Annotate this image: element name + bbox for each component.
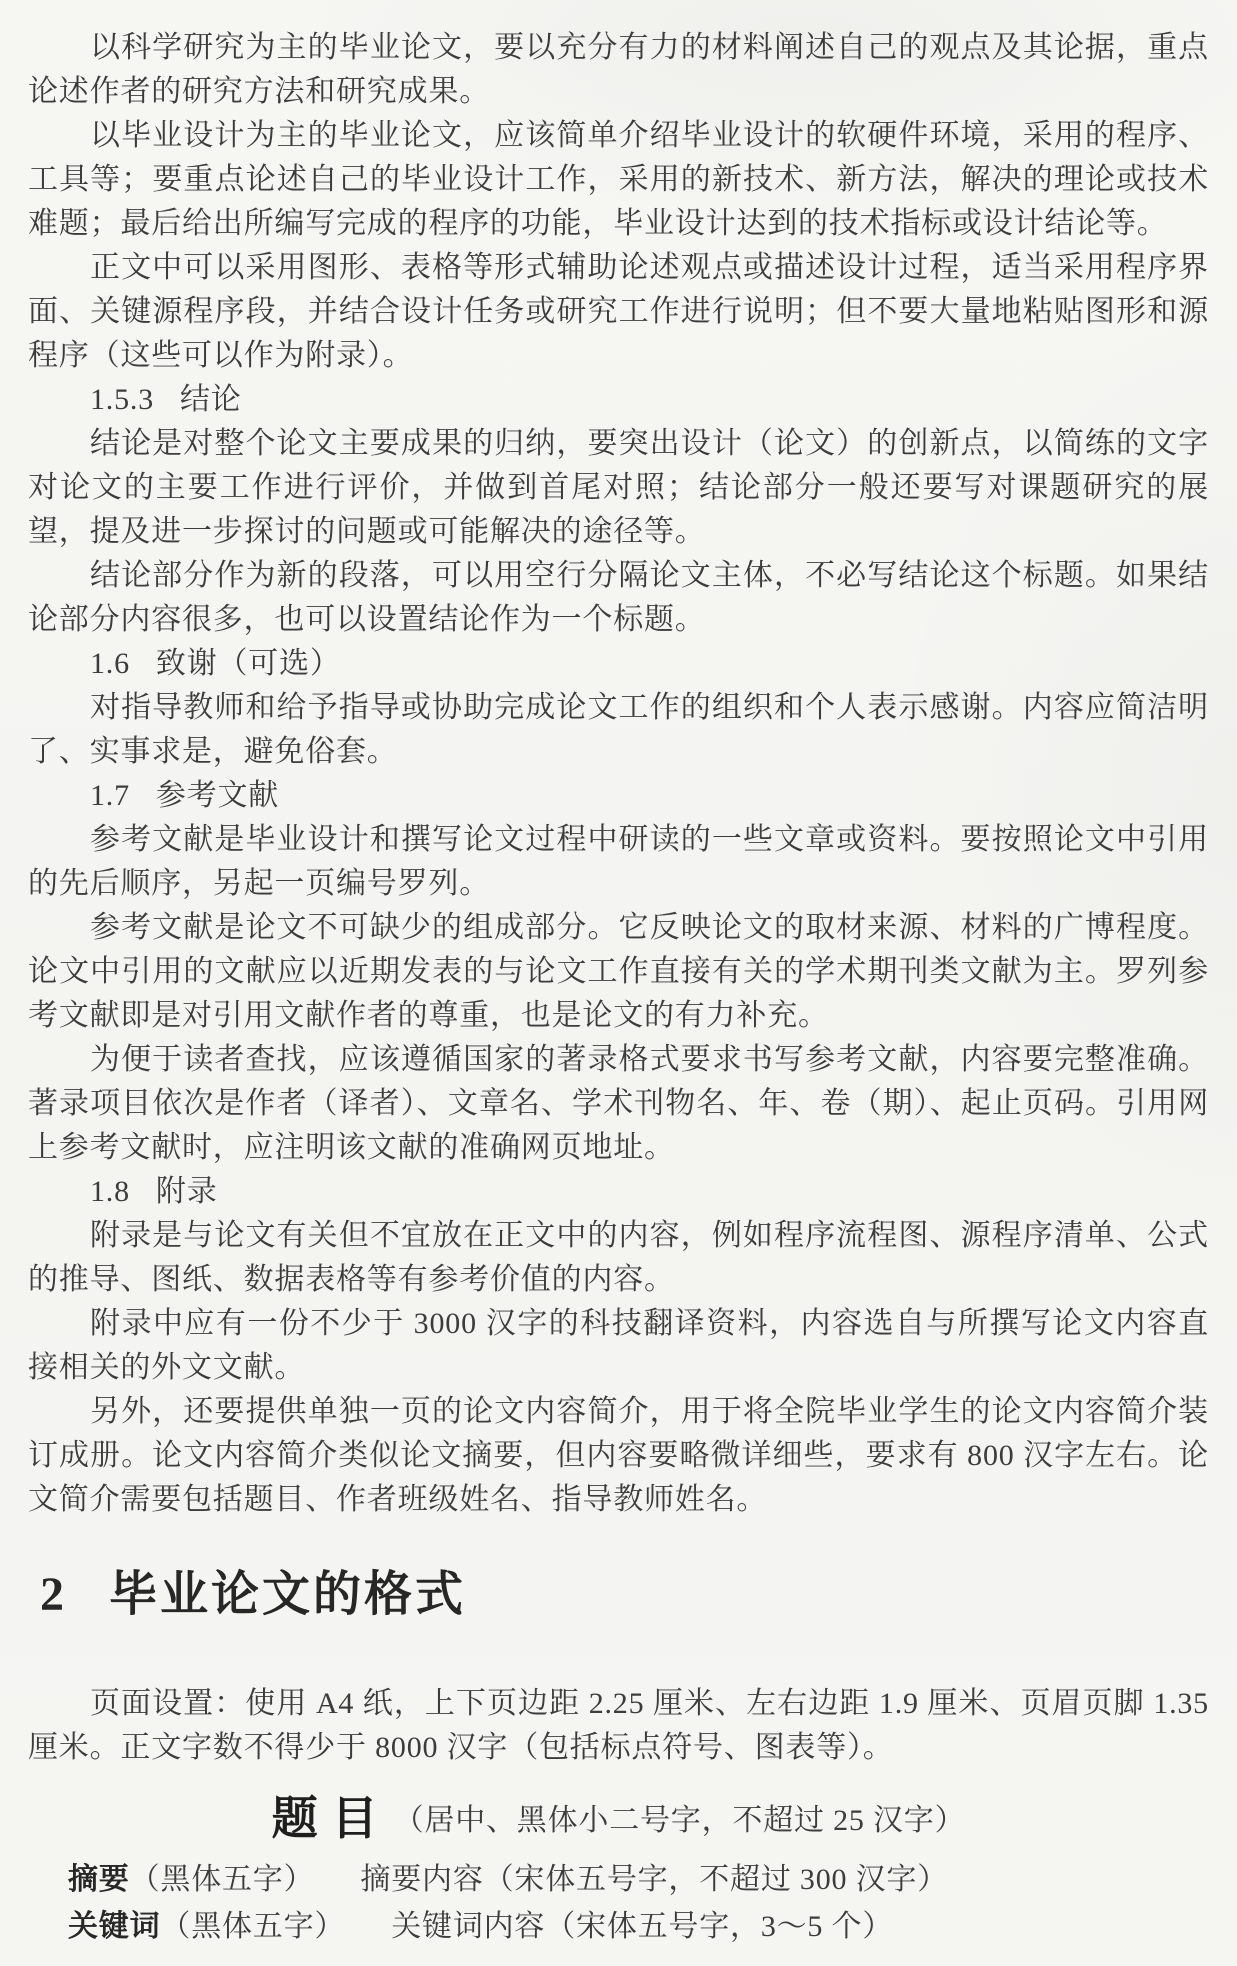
chapter-title: 毕业论文的格式 [109,1568,466,1621]
section-heading-acknowledgement: 1.6致谢（可选） [28,642,1209,686]
demo-title-text: 题目 [272,1792,392,1844]
keywords-spec-line: 关键词（黑体五字）关键词内容（宋体五号字，3～5 个） [68,1903,1209,1950]
keywords-label: 关键词 [68,1910,160,1943]
paragraph-references-2: 参考文献是论文不可缺少的组成部分。它反映论文的取材来源、材料的广博程度。论文中引… [28,906,1209,1038]
paragraph-references-3: 为便于读者查找，应该遵循国家的著录格式要求书写参考文献，内容要完整准确。著录项目… [28,1038,1209,1170]
paragraph-design-thesis: 以毕业设计为主的毕业论文，应该简单介绍毕业设计的软硬件环境，采用的程序、工具等；… [28,114,1209,246]
chapter-heading-format: 2毕业论文的格式 [40,1566,1209,1624]
keywords-label-note: （黑体五字） [160,1910,345,1943]
paragraph-acknowledgement: 对指导教师和给予指导或协助完成论文工作的组织和个人表示感谢。内容应简洁明了、实事… [28,686,1209,774]
paragraph-appendix-2: 附录中应有一份不少于 3000 汉字的科技翻译资料，内容选自与所撰写论文内容直接… [28,1302,1209,1390]
section-number: 1.6 [90,647,130,680]
section-title: 致谢（可选） [156,647,341,680]
abstract-content: 摘要内容（宋体五号字，不超过 300 汉字） [360,1863,948,1896]
title-demo-line: 题目（居中、黑体小二号字，不超过 25 汉字） [28,1782,1209,1848]
section-heading-references: 1.7参考文献 [28,774,1209,818]
paragraph-research-thesis: 以科学研究为主的毕业论文，要以充分有力的材料阐述自己的观点及其论据，重点论述作者… [28,26,1209,114]
scanned-document-page: 以科学研究为主的毕业论文，要以充分有力的材料阐述自己的观点及其论据，重点论述作者… [0,0,1237,1966]
abstract-label: 摘要 [68,1863,130,1896]
section-heading-conclusion: 1.5.3结论 [28,378,1209,422]
section-number: 1.8 [90,1175,130,1208]
paragraph-body-figures: 正文中可以采用图形、表格等形式辅助论述观点或描述设计过程，适当采用程序界面、关键… [28,246,1209,378]
keywords-content: 关键词内容（宋体五号字，3～5 个） [391,1910,893,1943]
paragraph-references-1: 参考文献是毕业设计和撰写论文过程中研读的一些文章或资料。要按照论文中引用的先后顺… [28,818,1209,906]
section-heading-appendix: 1.8附录 [28,1170,1209,1214]
chapter-number: 2 [40,1568,67,1621]
paragraph-appendix-1: 附录是与论文有关但不宜放在正文中的内容，例如程序流程图、源程序清单、公式的推导、… [28,1214,1209,1302]
section-title: 参考文献 [156,779,279,812]
demo-title-note: （居中、黑体小二号字，不超过 25 汉字） [394,1804,966,1837]
section-number: 1.7 [90,779,130,812]
section-number: 1.5.3 [90,383,154,416]
paragraph-appendix-3: 另外，还要提供单独一页的论文内容简介，用于将全院毕业学生的论文内容简介装订成册。… [28,1390,1209,1522]
abstract-label-note: （黑体五字） [130,1863,315,1896]
section-title: 结论 [180,383,242,416]
paragraph-conclusion-2: 结论部分作为新的段落，可以用空行分隔论文主体，不必写结论这个标题。如果结论部分内… [28,554,1209,642]
paragraph-page-setup: 页面设置：使用 A4 纸，上下页边距 2.25 厘米、左右边距 1.9 厘米、页… [28,1682,1209,1770]
paragraph-conclusion-1: 结论是对整个论文主要成果的归纳，要突出设计（论文）的创新点，以简练的文字对论文的… [28,422,1209,554]
section-title: 附录 [156,1175,218,1208]
abstract-spec-line: 摘要（黑体五字）摘要内容（宋体五号字，不超过 300 汉字） [68,1856,1209,1903]
